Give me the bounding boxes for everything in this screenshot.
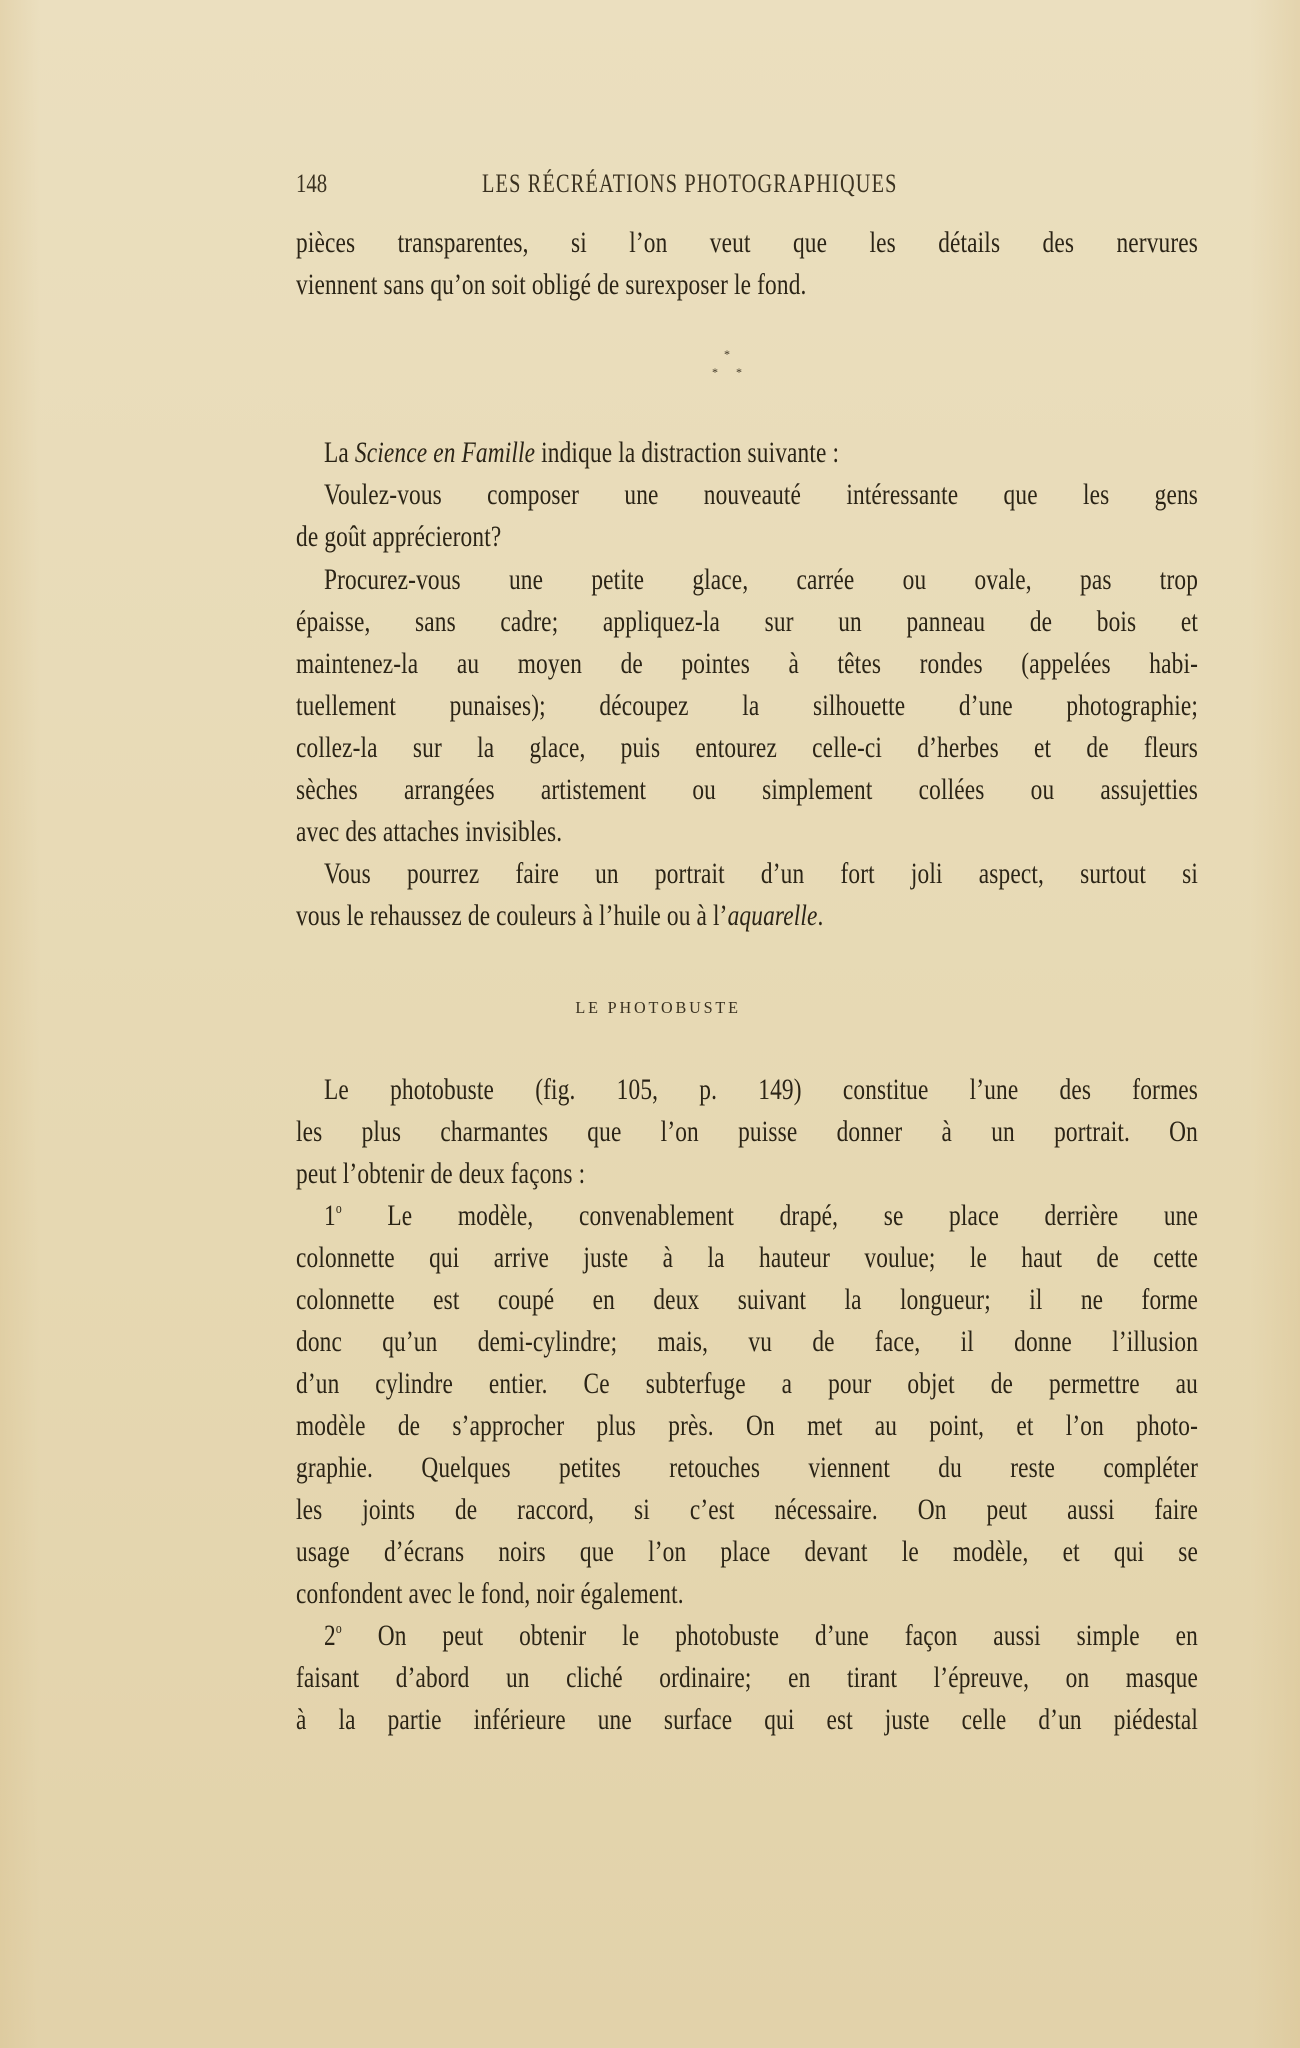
text-line: maintenez-la au moyen de pointes à têtes…	[296, 643, 1198, 685]
text-line: graphie. Quelques petites retouches vien…	[296, 1447, 1198, 1489]
text-line: avec des attaches invisibles.	[296, 811, 1198, 853]
text-line: pièces transparentes, si l’on veut que l…	[296, 222, 1198, 264]
italic-title: Science en Famille	[355, 436, 535, 469]
text-line: 2o On peut obtenir le photobuste d’une f…	[296, 1615, 1198, 1657]
section-heading: LE PHOTOBUSTE	[0, 996, 1300, 1020]
text-line: vous le rehaussez de couleurs à l’huile …	[296, 895, 1198, 937]
text-line: Le photobuste (fig. 105, p. 149) constit…	[296, 1069, 1198, 1111]
text-line: sèches arrangées artistement ou simpleme…	[296, 769, 1198, 811]
text-line: modèle de s’approcher plus près. On met …	[296, 1405, 1198, 1447]
text-line: colonnette est coupé en deux suivant la …	[296, 1279, 1198, 1321]
text-line: peut l’obtenir de deux façons :	[296, 1153, 1198, 1195]
italic-word: aquarelle	[728, 899, 818, 932]
text-line: de goût apprécieront?	[296, 516, 1198, 558]
text-line: colonnette qui arrive juste à la hauteur…	[296, 1237, 1198, 1279]
text-line: les joints de raccord, si c’est nécessai…	[296, 1489, 1198, 1531]
running-title: LES RÉCRÉATIONS PHOTOGRAPHIQUES	[482, 164, 898, 204]
text-line: Voulez-vous composer une nouveauté intér…	[296, 474, 1198, 516]
text-line: faisant d’abord un cliché ordinaire; en …	[296, 1657, 1198, 1699]
text-line: les plus charmantes que l’on puisse donn…	[296, 1111, 1198, 1153]
text-line: épaisse, sans cadre; appliquez-la sur un…	[296, 601, 1198, 643]
text-line: donc qu’un demi-cylindre; mais, vu de fa…	[296, 1321, 1198, 1363]
text-line: confondent avec le fond, noir également.	[296, 1573, 1198, 1615]
text-line: collez-la sur la glace, puis entourez ce…	[296, 727, 1198, 769]
text-line: à la partie inférieure une surface qui e…	[296, 1699, 1198, 1741]
asterism-icon: * * *	[700, 348, 760, 388]
page-number: 148	[296, 164, 327, 204]
text-line: 1o Le modèle, convenablement drapé, se p…	[296, 1195, 1198, 1237]
text-line: usage d’écrans noirs que l’on place deva…	[296, 1531, 1198, 1573]
running-header: 148 LES RÉCRÉATIONS PHOTOGRAPHIQUES	[296, 164, 1198, 204]
text-line: viennent sans qu’on soit obligé de surex…	[296, 264, 1198, 306]
text-line: La Science en Famille indique la distrac…	[296, 432, 1198, 474]
book-page: 148 LES RÉCRÉATIONS PHOTOGRAPHIQUES pièc…	[0, 0, 1300, 2048]
text-line: Procurez-vous une petite glace, carrée o…	[296, 559, 1198, 601]
text-line: tuellement punaises); découpez la silhou…	[296, 685, 1198, 727]
text-line: d’un cylindre entier. Ce subterfuge a po…	[296, 1363, 1198, 1405]
text-line: Vous pourrez faire un portrait d’un fort…	[296, 853, 1198, 895]
